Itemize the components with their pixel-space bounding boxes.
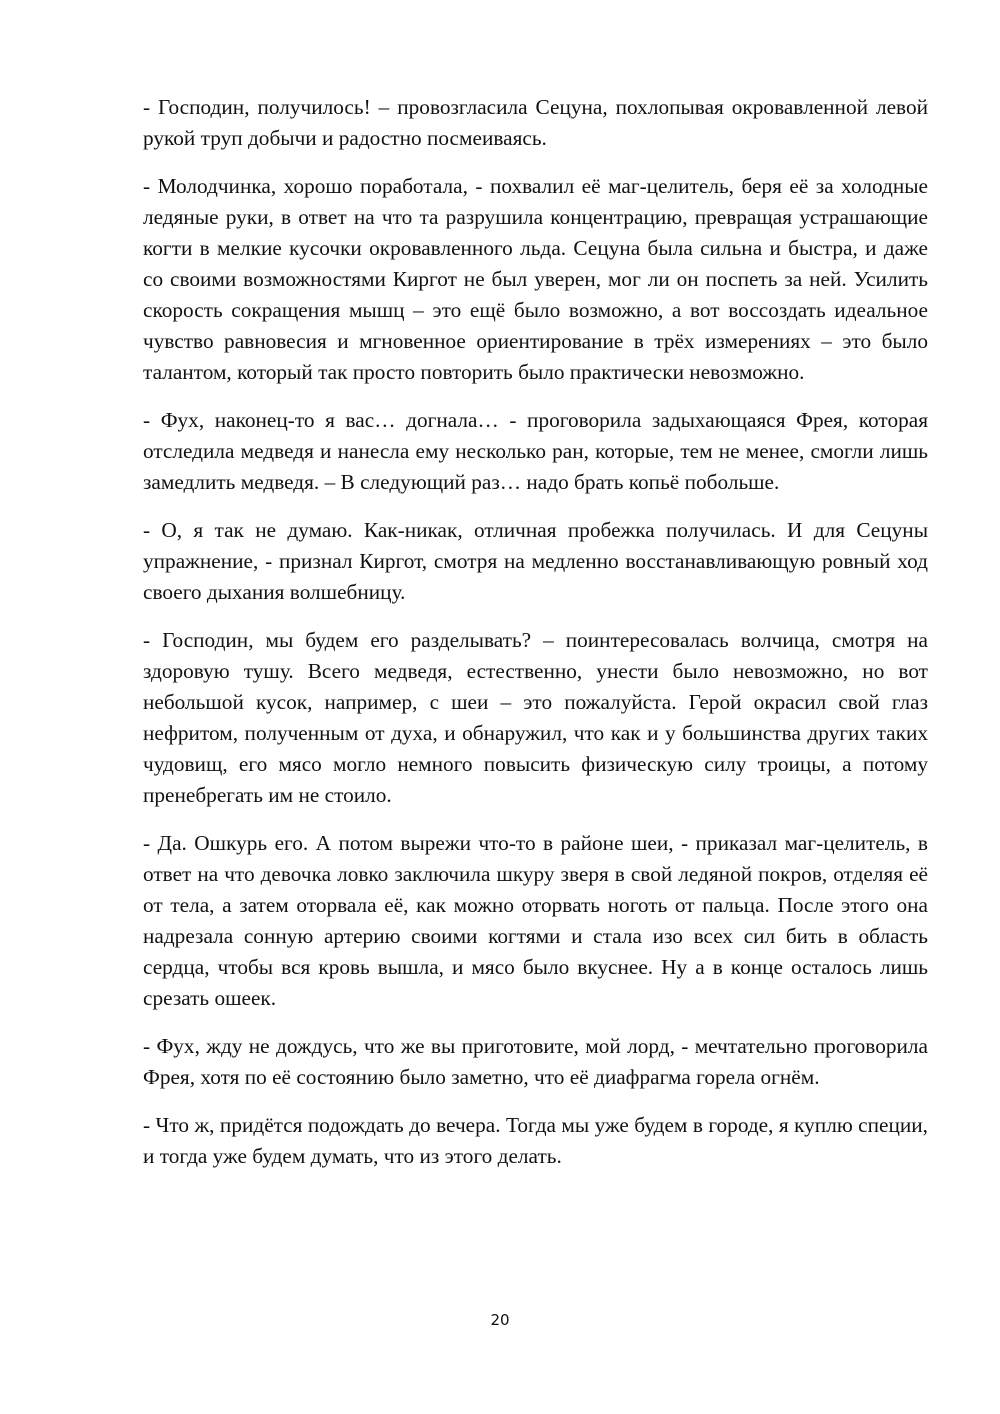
paragraph-8: - Что ж, придётся подождать до вечера. Т… — [143, 1110, 928, 1172]
paragraph-4: - О, я так не думаю. Как-никак, отличная… — [143, 515, 928, 608]
page-number: 20 — [0, 1311, 1000, 1329]
paragraph-2: - Молодчинка, хорошо поработала, - похва… — [143, 171, 928, 388]
paragraph-6: - Да. Ошкурь его. А потом вырежи что-то … — [143, 828, 928, 1014]
page-body: - Господин, получилось! – провозгласила … — [143, 92, 928, 1189]
paragraph-1: - Господин, получилось! – провозгласила … — [143, 92, 928, 154]
paragraph-7: - Фух, жду не дождусь, что же вы пригото… — [143, 1031, 928, 1093]
paragraph-3: - Фух, наконец-то я вас… догнала… - прог… — [143, 405, 928, 498]
paragraph-5: - Господин, мы будем его разделывать? – … — [143, 625, 928, 811]
